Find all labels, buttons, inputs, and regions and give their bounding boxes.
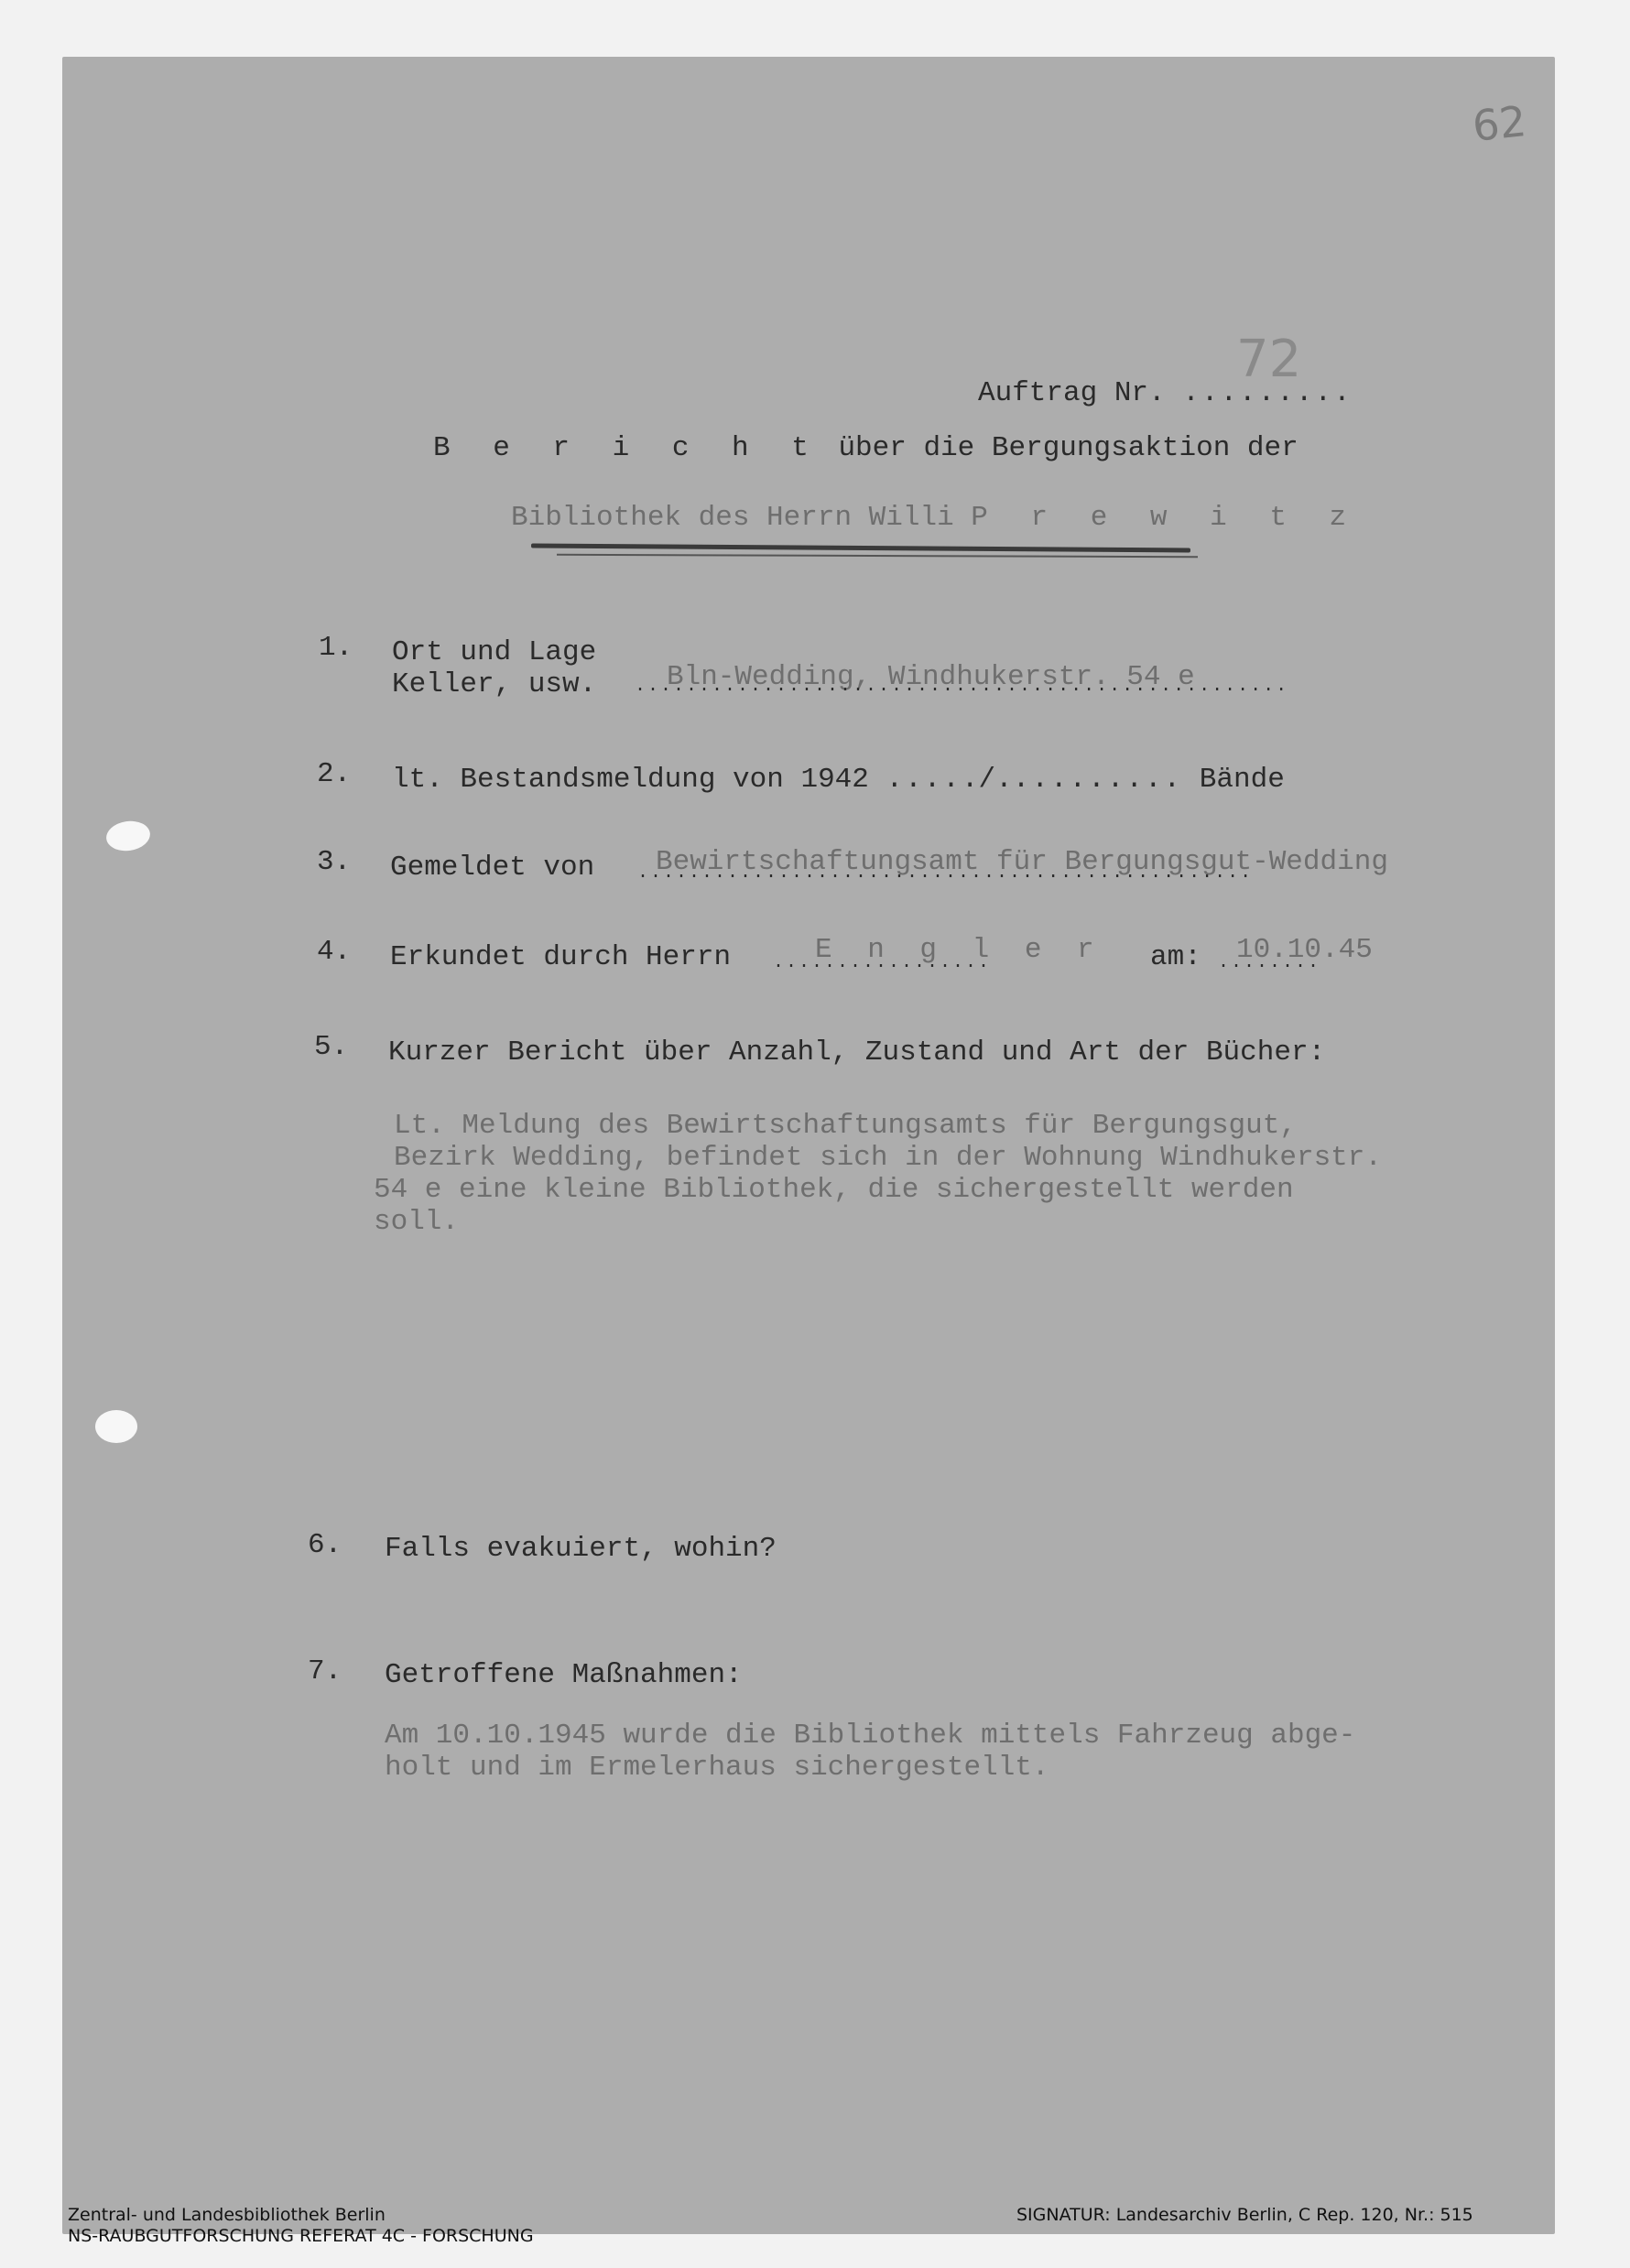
title-bericht: B e r i c h t — [433, 432, 821, 464]
item-6-label: Falls evakuiert, wohin? — [385, 1533, 777, 1565]
item-4-date-label: am: — [1150, 941, 1201, 973]
page-number-annotation: 62 — [1470, 96, 1528, 151]
punch-hole-top — [104, 819, 152, 853]
footer-department: NS-RAUBGUTFORSCHUNG REFERAT 4C - FORSCHU… — [68, 2226, 534, 2247]
item-7-body-line: Am 10.10.1945 wurde die Bibliothek mitte… — [385, 1720, 1355, 1752]
item-7-body: Am 10.10.1945 wurde die Bibliothek mitte… — [385, 1720, 1355, 1784]
item-5-body-line: 54 e eine kleine Bibliothek, die sicherg… — [374, 1174, 1382, 1206]
item-7-body-line: holt und im Ermelerhaus sichergestellt. — [385, 1752, 1355, 1784]
item-6-number: 6. — [308, 1529, 342, 1561]
item-3-dots: ........................................… — [637, 863, 1253, 884]
document-page: 62 Auftrag Nr. ......... 72 B e r i c h … — [62, 57, 1555, 2234]
item-3-label: Gemeldet von — [390, 852, 594, 884]
item-3-number: 3. — [317, 846, 351, 878]
library-name: Bibliothek des Herrn Willi P r e w i t z — [511, 502, 1359, 534]
library-owner: Bibliothek des Herrn Willi — [511, 502, 954, 534]
item-1-number: 1. — [319, 632, 353, 664]
footer-left: Zentral- und Landesbibliothek Berlin NS-… — [68, 2205, 534, 2247]
item-5-body-line: Bezirk Wedding, befindet sich in der Woh… — [374, 1142, 1382, 1174]
title-rest: über die Bergungsaktion der — [838, 432, 1298, 464]
title-underline — [531, 543, 1190, 552]
item-2-dots-before: .... — [886, 764, 962, 796]
punch-hole-bottom — [95, 1410, 137, 1443]
item-7-number: 7. — [308, 1655, 342, 1687]
item-4-dots: ................. — [773, 952, 991, 973]
footer-signature: SIGNATUR: Landesarchiv Berlin, C Rep. 12… — [1016, 2205, 1473, 2226]
report-title: B e r i c h t über die Bergungsaktion de… — [433, 432, 1299, 464]
item-1-label-line2: Keller, usw. — [392, 668, 596, 700]
item-2-suffix: Bände — [1200, 764, 1285, 796]
item-4-date-dots: ........ — [1218, 952, 1320, 973]
item-4-label: Erkundet durch Herrn — [390, 941, 731, 973]
item-5-body: Lt. Meldung des Bewirtschaftungsamts für… — [374, 1110, 1382, 1238]
item-2-dots-after: ......... — [1013, 764, 1182, 796]
item-7-label: Getroffene Maßnahmen: — [385, 1659, 743, 1691]
item-5-number: 5. — [314, 1031, 348, 1063]
item-2-label: lt. Bestandsmeldung von 1942 ...../.....… — [392, 764, 1285, 796]
item-2-number: 2. — [317, 758, 351, 790]
item-2-value: ./. — [962, 764, 1013, 796]
item-5-body-line: Lt. Meldung des Bewirtschaftungsamts für… — [374, 1110, 1382, 1142]
item-4-number: 4. — [317, 936, 351, 968]
title-underline-second — [557, 554, 1198, 558]
item-5-label: Kurzer Bericht über Anzahl, Zustand und … — [388, 1036, 1325, 1069]
item-5-body-line: soll. — [374, 1206, 1382, 1238]
order-label: Auftrag Nr. — [978, 377, 1166, 409]
library-owner-surname: P r e w i t z — [971, 502, 1359, 534]
item-1-dots: ........................................… — [635, 676, 1288, 697]
footer-institution: Zentral- und Landesbibliothek Berlin — [68, 2205, 534, 2226]
item-2-label-text: lt. Bestandsmeldung von 1942 — [392, 764, 869, 796]
order-number-handwritten: 72 — [1236, 330, 1301, 389]
item-1-label-line1: Ort und Lage — [392, 636, 596, 668]
